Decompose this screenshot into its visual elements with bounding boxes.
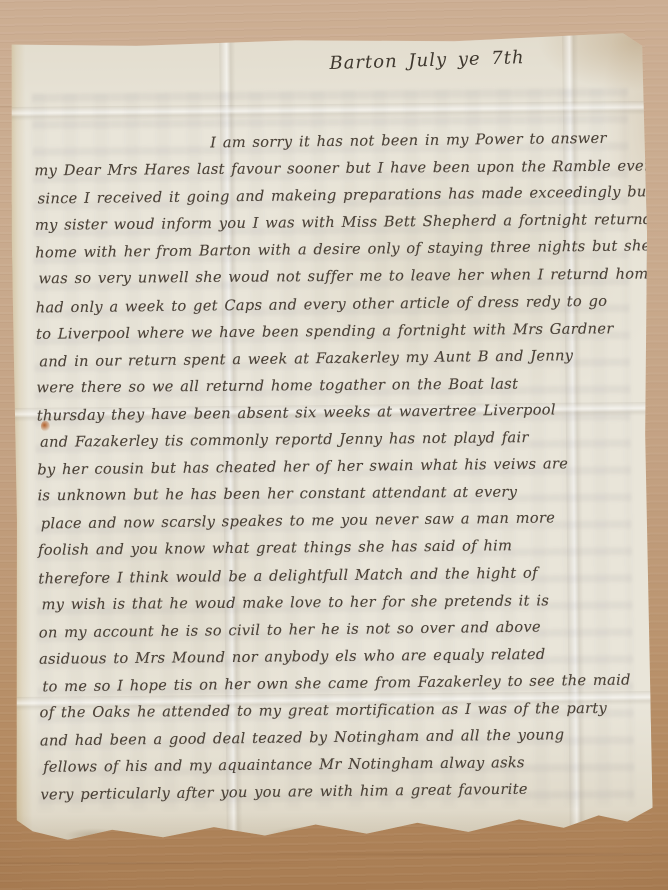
letter-paper: Barton July ye 7th I am sorry it has not…: [9, 33, 653, 841]
photo-scene: Barton July ye 7th I am sorry it has not…: [0, 0, 668, 890]
fold-crease-horizontal: [10, 101, 646, 121]
letter-dateline: Barton July ye 7th: [329, 47, 525, 74]
letter-line: very perticularly after you you are with…: [40, 775, 642, 809]
letter-body: I am sorry it has not been in my Power t…: [34, 125, 642, 808]
